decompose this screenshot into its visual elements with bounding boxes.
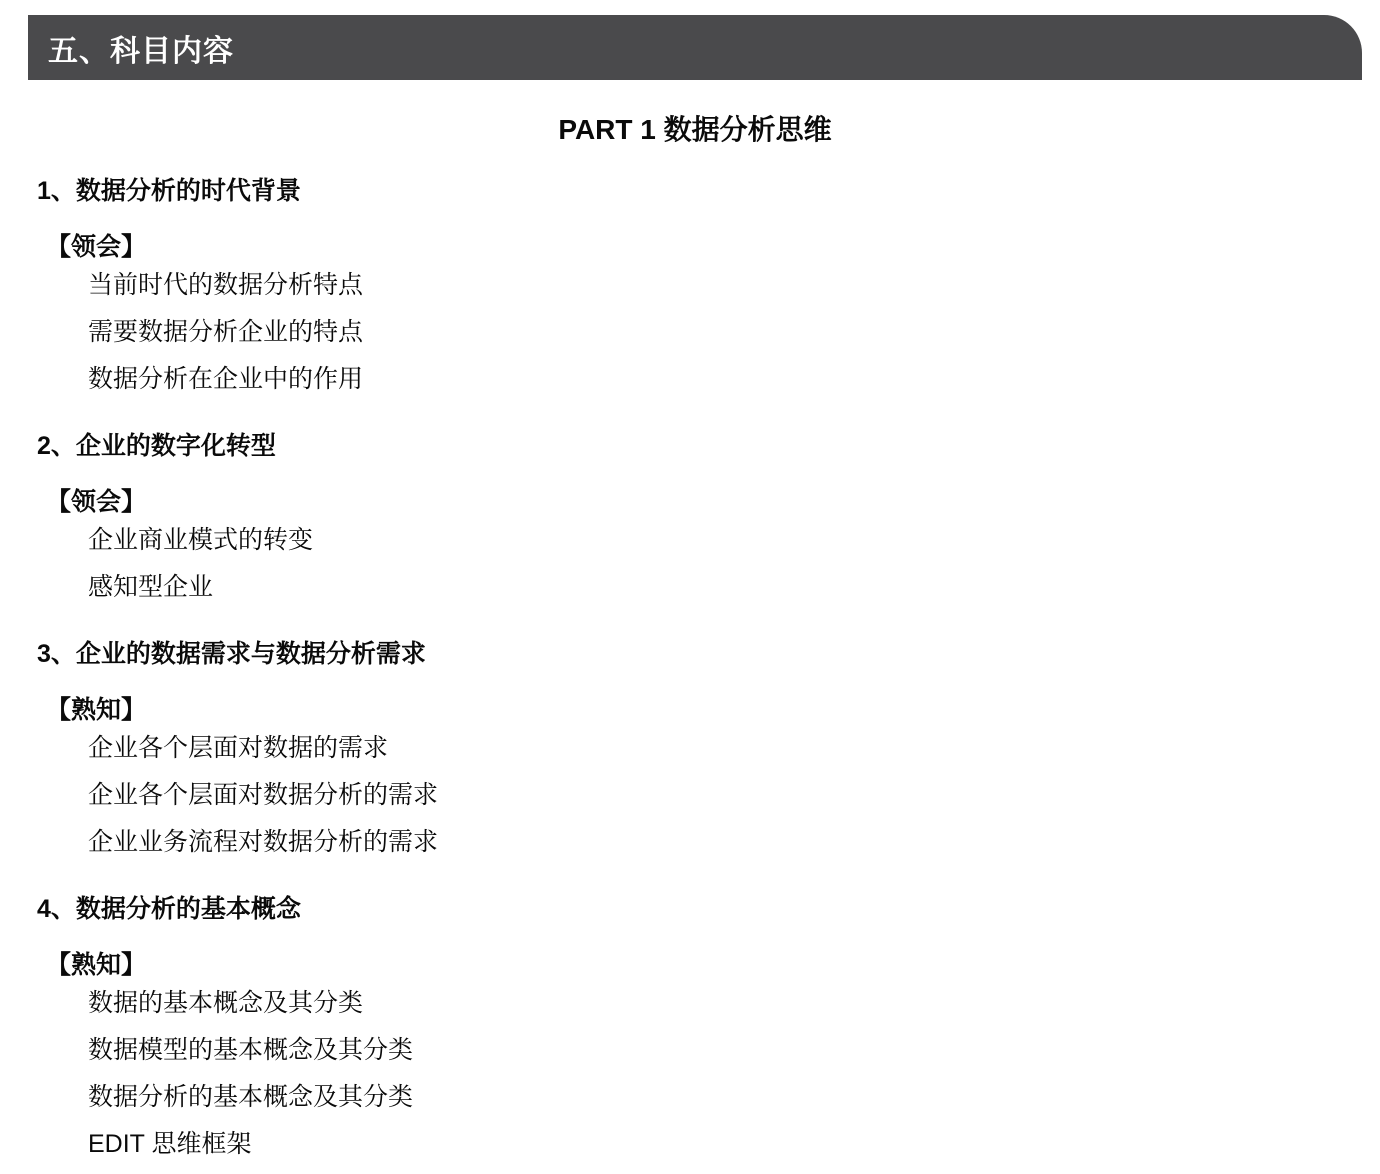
section-3: 3、企业的数据需求与数据分析需求 【熟知】 企业各个层面对数据的需求 企业各个层… xyxy=(0,641,1380,866)
mastery-level-label: 【熟知】 xyxy=(46,697,1380,723)
section-2: 2、企业的数字化转型 【领会】 企业商业模式的转变 感知型企业 xyxy=(0,433,1380,611)
section-4: 4、数据分析的基本概念 【熟知】 数据的基本概念及其分类 数据模型的基本概念及其… xyxy=(0,896,1380,1168)
topic-item: 企业业务流程对数据分析的需求 xyxy=(88,819,1380,866)
topic-list: 企业商业模式的转变 感知型企业 xyxy=(88,517,1380,611)
topic-item: 数据的基本概念及其分类 xyxy=(88,980,1380,1027)
section-heading: 4、数据分析的基本概念 xyxy=(37,896,1380,922)
section-heading: 3、企业的数据需求与数据分析需求 xyxy=(37,641,1380,667)
mastery-level-label: 【领会】 xyxy=(46,489,1380,515)
document-page: 五、科目内容 PART 1 数据分析思维 1、数据分析的时代背景 【领会】 当前… xyxy=(0,0,1380,1174)
topic-item: 数据分析在企业中的作用 xyxy=(88,356,1380,403)
topic-item: 企业各个层面对数据分析的需求 xyxy=(88,772,1380,819)
topic-list: 当前时代的数据分析特点 需要数据分析企业的特点 数据分析在企业中的作用 xyxy=(88,262,1380,403)
topic-item: 数据分析的基本概念及其分类 xyxy=(88,1074,1380,1121)
topic-item: 感知型企业 xyxy=(88,564,1380,611)
topic-item: 数据模型的基本概念及其分类 xyxy=(88,1027,1380,1074)
section-header-bar: 五、科目内容 xyxy=(28,15,1362,80)
topic-item: 企业商业模式的转变 xyxy=(88,517,1380,564)
topic-list: 数据的基本概念及其分类 数据模型的基本概念及其分类 数据分析的基本概念及其分类 … xyxy=(88,980,1380,1168)
section-heading: 2、企业的数字化转型 xyxy=(37,433,1380,459)
section-heading: 1、数据分析的时代背景 xyxy=(37,178,1380,204)
document-content: PART 1 数据分析思维 1、数据分析的时代背景 【领会】 当前时代的数据分析… xyxy=(0,0,1380,1168)
topic-item: EDIT 思维框架 xyxy=(88,1121,1380,1168)
section-header-title: 五、科目内容 xyxy=(48,26,234,70)
topic-list: 企业各个层面对数据的需求 企业各个层面对数据分析的需求 企业业务流程对数据分析的… xyxy=(88,725,1380,866)
mastery-level-label: 【熟知】 xyxy=(46,952,1380,978)
part-title: PART 1 数据分析思维 xyxy=(28,116,1362,144)
section-1: 1、数据分析的时代背景 【领会】 当前时代的数据分析特点 需要数据分析企业的特点… xyxy=(0,178,1380,403)
mastery-level-label: 【领会】 xyxy=(46,234,1380,260)
topic-item: 需要数据分析企业的特点 xyxy=(88,309,1380,356)
topic-item: 企业各个层面对数据的需求 xyxy=(88,725,1380,772)
topic-item: 当前时代的数据分析特点 xyxy=(88,262,1380,309)
